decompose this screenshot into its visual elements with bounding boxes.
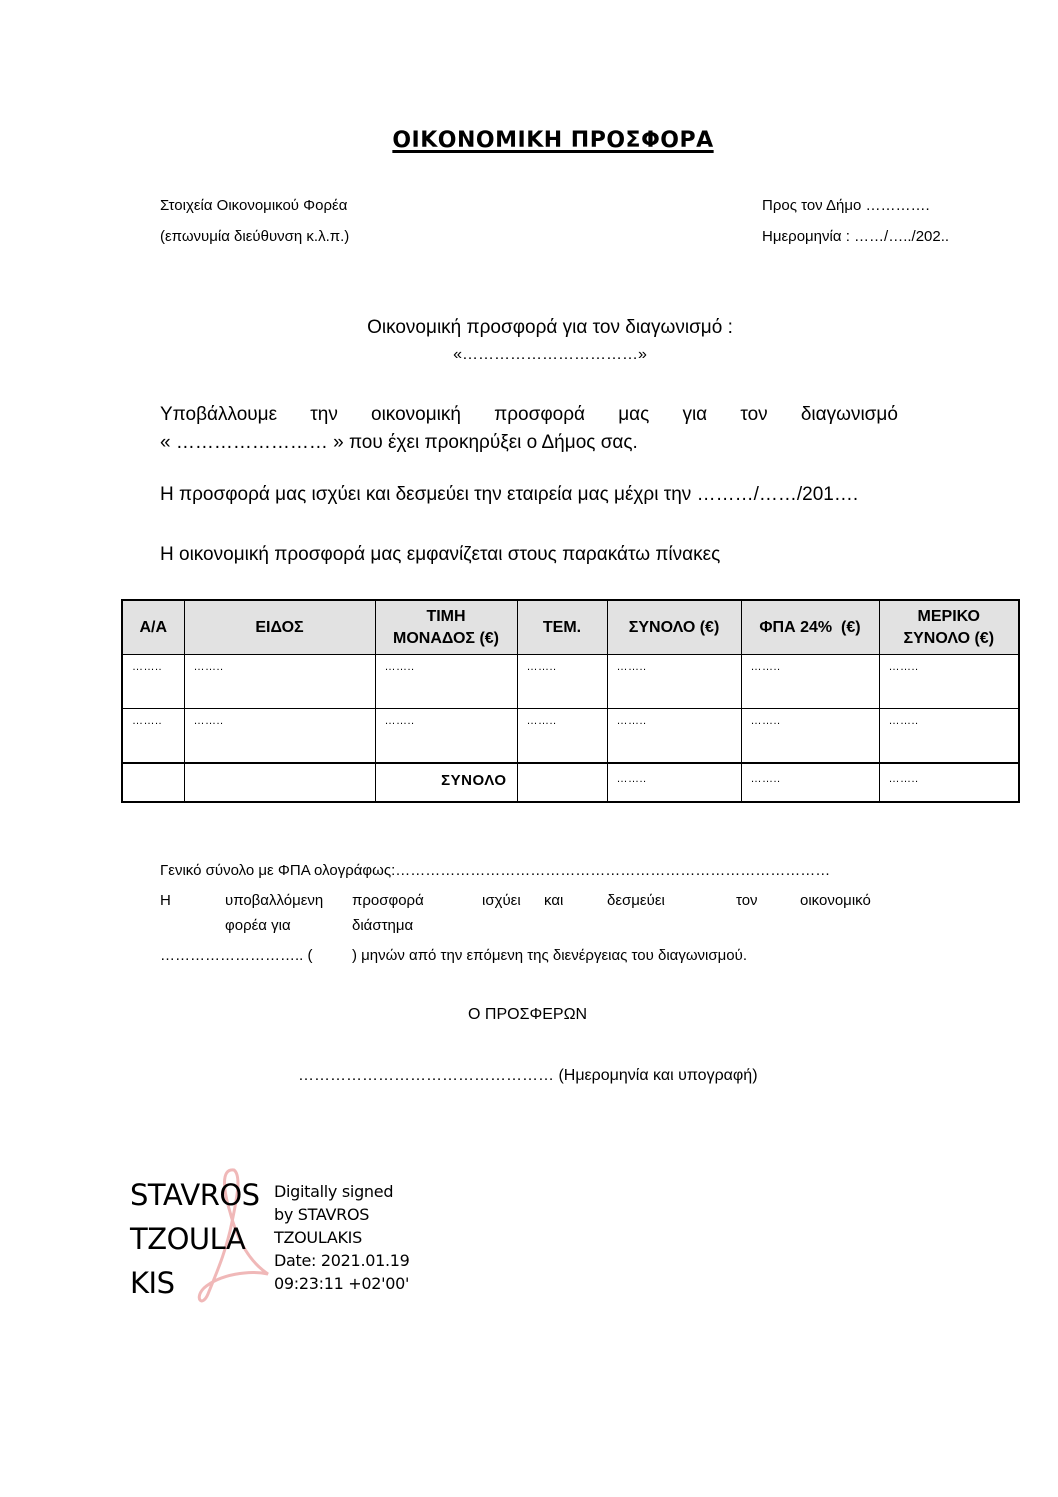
- cell-vat: ……..: [741, 709, 879, 764]
- signature-details: Digitally signed by STAVROS TZOULAKIS Da…: [274, 1180, 410, 1295]
- word: την: [310, 404, 338, 426]
- cell-total-vat: ……..: [741, 763, 879, 802]
- cell-empty: [122, 763, 184, 802]
- header-right-municipality: Προς τον Δήμο ………….: [762, 197, 930, 214]
- cell-total: ……..: [607, 655, 741, 709]
- table-total-row: ΣΥΝΟΛΟ …….. …….. ……..: [122, 763, 1019, 802]
- word: προσφορά: [352, 892, 424, 909]
- word: μας: [618, 404, 649, 426]
- offerer-label: Ο ΠΡΟΣΦΕΡΩΝ: [468, 1006, 587, 1024]
- word: προσφορά: [494, 404, 585, 426]
- cell-quantity: ……..: [517, 709, 607, 764]
- cell-vat: ……..: [741, 655, 879, 709]
- column-header-total: ΣΥΝΟΛΟ (€): [607, 600, 741, 655]
- subject-placeholder: «……………………………»: [0, 346, 1058, 364]
- word: υποβαλλόμενη: [225, 892, 323, 909]
- cell-total: ……..: [607, 709, 741, 764]
- cell-empty: [517, 763, 607, 802]
- cell-total-sum: ……..: [607, 763, 741, 802]
- signer-name-line: STAVROS: [130, 1173, 260, 1217]
- signature-detail-line: Digitally signed: [274, 1180, 410, 1203]
- word: διαγωνισμό: [801, 404, 898, 426]
- word: Υποβάλλουμε: [160, 404, 277, 426]
- signature-detail-line: 09:23:11 +02'00': [274, 1272, 410, 1295]
- total-label: ΣΥΝΟΛΟ: [375, 763, 517, 802]
- column-header-unit-price: ΤΙΜΗ ΜΟΝΑΔΟΣ (€): [375, 600, 517, 655]
- word: Η: [160, 892, 171, 909]
- column-header-item: ΕΙΔΟΣ: [184, 600, 375, 655]
- word: οικονομικό: [800, 892, 871, 909]
- word: τον: [740, 404, 767, 426]
- signature-detail-line: by STAVROS: [274, 1203, 410, 1226]
- table-row: …….. …….. …….. …….. …….. …….. ……..: [122, 655, 1019, 709]
- paragraph-tables-intro: Η οικονομική προσφορά μας εμφανίζεται στ…: [160, 544, 720, 566]
- validity-line1: Η υποβαλλόμενη προσφορά ισχύει και δεσμε…: [160, 892, 890, 912]
- cell-aa: ……..: [122, 655, 184, 709]
- validity-line3b: ) μηνών από την επόμενη της διενέργειας …: [352, 947, 747, 964]
- paragraph-submission-line2: « …………………… » που έχει προκηρύξει ο Δήμος…: [160, 432, 638, 454]
- cell-total-partial: ……..: [879, 763, 1019, 802]
- header-left-line1: Στοιχεία Οικονομικού Φορέα: [160, 197, 347, 214]
- cell-empty: [184, 763, 375, 802]
- paragraph-submission-line1: Υποβάλλουμε την οικονομική προσφορά μας …: [160, 404, 898, 426]
- general-total-in-words: Γενικό σύνολο με ΦΠΑ ολογράφως:…………………………: [160, 862, 830, 879]
- header-right-date: Ημερομηνία : ……/…../202..: [762, 228, 949, 245]
- word: ισχύει: [482, 892, 521, 909]
- column-header-quantity: ΤΕΜ.: [517, 600, 607, 655]
- document-title: ΟΙΚΟΝΟΜΙΚΗ ΠΡΟΣΦΟΡΑ: [0, 128, 1058, 153]
- word: δεσμεύει: [607, 892, 665, 909]
- cell-item: ……..: [184, 709, 375, 764]
- column-header-partial-total: ΜΕΡΙΚΟ ΣΥΝΟΛΟ (€): [879, 600, 1019, 655]
- date-signature-line: ………………………………………… (Ημερομηνία και υπογραφ…: [298, 1067, 758, 1085]
- table-row: …….. …….. …….. …….. …….. …….. ……..: [122, 709, 1019, 764]
- signer-name-line: TZOULA: [130, 1217, 260, 1261]
- cell-partial-total: ……..: [879, 709, 1019, 764]
- cell-quantity: ……..: [517, 655, 607, 709]
- validity-line2a: φορέα για: [225, 917, 291, 934]
- offer-table: Α/Α ΕΙΔΟΣ ΤΙΜΗ ΜΟΝΑΔΟΣ (€) ΤΕΜ. ΣΥΝΟΛΟ (…: [121, 599, 1020, 803]
- word: τον: [736, 892, 758, 909]
- signature-detail-line: Date: 2021.01.19: [274, 1249, 410, 1272]
- cell-partial-total: ……..: [879, 655, 1019, 709]
- cell-unit-price: ……..: [375, 709, 517, 764]
- column-header-aa: Α/Α: [122, 600, 184, 655]
- paragraph-validity: Η προσφορά μας ισχύει και δεσμεύει την ε…: [160, 484, 858, 506]
- word: και: [544, 892, 563, 909]
- cell-item: ……..: [184, 655, 375, 709]
- signer-name-line: KIS: [130, 1261, 260, 1305]
- word: οικονομική: [371, 404, 461, 426]
- cell-unit-price: ……..: [375, 655, 517, 709]
- table-header-row: Α/Α ΕΙΔΟΣ ΤΙΜΗ ΜΟΝΑΔΟΣ (€) ΤΕΜ. ΣΥΝΟΛΟ (…: [122, 600, 1019, 655]
- signature-detail-line: TZOULAKIS: [274, 1226, 410, 1249]
- cell-aa: ……..: [122, 709, 184, 764]
- validity-line3a: ……………………….. (: [160, 947, 313, 964]
- subject-line: Οικονομική προσφορά για τον διαγωνισμό :: [0, 317, 1058, 339]
- header-left-line2: (επωνυμία διεύθυνση κ.λ.π.): [160, 228, 349, 245]
- validity-line2b: διάστημα: [352, 917, 413, 934]
- signer-name: STAVROS TZOULA KIS: [130, 1173, 260, 1305]
- column-header-vat: ΦΠΑ 24% (€): [741, 600, 879, 655]
- word: για: [682, 404, 707, 426]
